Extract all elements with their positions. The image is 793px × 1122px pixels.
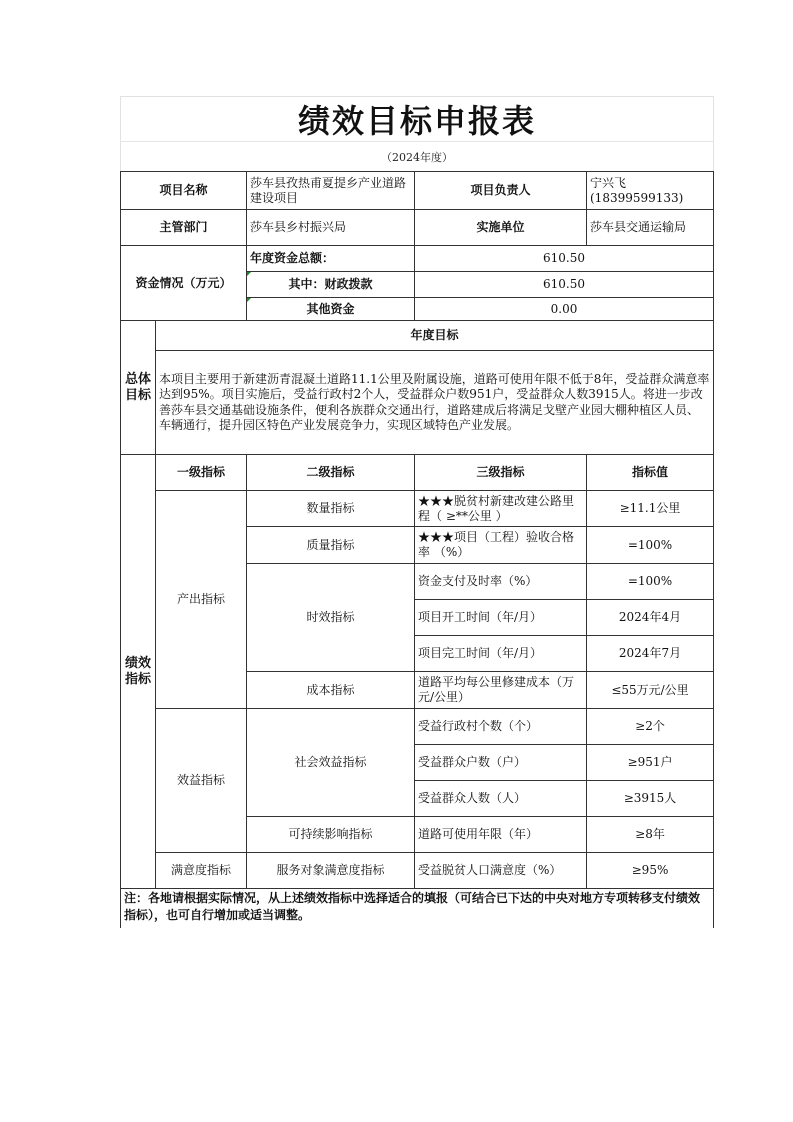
level3-row: 受益脱贫人口满意度（%）	[414, 852, 587, 889]
indicator-value: ≥3915人	[586, 780, 714, 817]
header-value: 指标值	[586, 454, 714, 491]
annual-goal-header: 年度目标	[155, 320, 714, 351]
funding-other-value: 0.00	[414, 297, 714, 321]
project-manager-value: 宁兴飞(18399599133)	[586, 171, 714, 210]
level2-sustainability: 可持续影响指标	[246, 816, 415, 853]
level3-row: 道路可使用年限（年）	[414, 816, 587, 853]
level2-social-benefit: 社会效益指标	[246, 708, 415, 817]
indicator-value: ≥951户	[586, 744, 714, 781]
funding-other-label: 其他资金	[246, 297, 415, 321]
indicator-value: ≥8年	[586, 816, 714, 853]
error-indicator-icon	[247, 298, 251, 302]
page-title: 绩效目标申报表	[120, 96, 714, 142]
performance-indicators-label: 绩效指标	[120, 454, 156, 889]
indicator-value: ≥2个	[586, 708, 714, 745]
level3-row: 资金支付及时率（%）	[414, 563, 587, 600]
level2-quality: 质量指标	[246, 526, 415, 564]
level3-row: 受益群众人数（人）	[414, 780, 587, 817]
indicator-value: 2024年7月	[586, 635, 714, 672]
header-level1: 一级指标	[155, 454, 247, 491]
level2-cost: 成本指标	[246, 671, 415, 709]
implementing-unit-label: 实施单位	[414, 209, 587, 246]
indicator-value: 2024年4月	[586, 599, 714, 636]
error-indicator-icon	[247, 272, 251, 276]
level1-benefit: 效益指标	[155, 708, 247, 853]
overall-goal-label: 总体目标	[120, 320, 156, 455]
funding-label: 资金情况（万元）	[120, 245, 247, 321]
level3-row: 道路平均每公里修建成本（万元/公里）	[414, 671, 587, 709]
level2-quantity: 数量指标	[246, 490, 415, 527]
funding-fiscal-text: 其中：财政拨款	[288, 277, 372, 292]
level3-row: 受益行政村个数（个）	[414, 708, 587, 745]
funding-fiscal-value: 610.50	[414, 271, 714, 298]
footnote: 注：各地请根据实际情况，从上述绩效指标中选择适合的填报（可结合已下达的中央对地方…	[120, 888, 714, 928]
indicator-value: ≥11.1公里	[586, 490, 714, 527]
indicator-value: =100%	[586, 563, 714, 600]
header-level2: 二级指标	[246, 454, 415, 491]
level1-output: 产出指标	[155, 490, 247, 709]
annual-goal-text: 本项目主要用于新建沥青混凝土道路11.1公里及附属设施，道路可使用年限不低于8年…	[155, 350, 714, 455]
implementing-unit-value: 莎车县交通运输局	[586, 209, 714, 246]
level3-row: 受益群众户数（户）	[414, 744, 587, 781]
indicator-value: =100%	[586, 526, 714, 564]
funding-total-value: 610.50	[414, 245, 714, 272]
level2-timeliness: 时效指标	[246, 563, 415, 672]
funding-fiscal-label: 其中：财政拨款	[246, 271, 415, 298]
project-name-label: 项目名称	[120, 171, 247, 210]
level2-service-satisfaction: 服务对象满意度指标	[246, 852, 415, 889]
project-manager-label: 项目负责人	[414, 171, 587, 210]
page-subtitle: （2024年度）	[120, 142, 714, 171]
indicator-value: ≤55万元/公里	[586, 671, 714, 709]
level1-satisfaction: 满意度指标	[155, 852, 247, 889]
project-name-value: 莎车县孜热甫夏提乡产业道路建设项目	[246, 171, 415, 210]
department-value: 莎车县乡村振兴局	[246, 209, 415, 246]
funding-other-text: 其他资金	[306, 302, 354, 317]
department-label: 主管部门	[120, 209, 247, 246]
level3-row: ★★★项目（工程）验收合格率 （%）	[414, 526, 587, 564]
level3-row: ★★★脱贫村新建改建公路里程（ ≥**公里 ）	[414, 490, 587, 527]
funding-total-label: 年度资金总额：	[246, 245, 415, 272]
indicator-value: ≥95%	[586, 852, 714, 889]
level3-row: 项目完工时间（年/月）	[414, 635, 587, 672]
header-level3: 三级指标	[414, 454, 587, 491]
level3-row: 项目开工时间（年/月）	[414, 599, 587, 636]
